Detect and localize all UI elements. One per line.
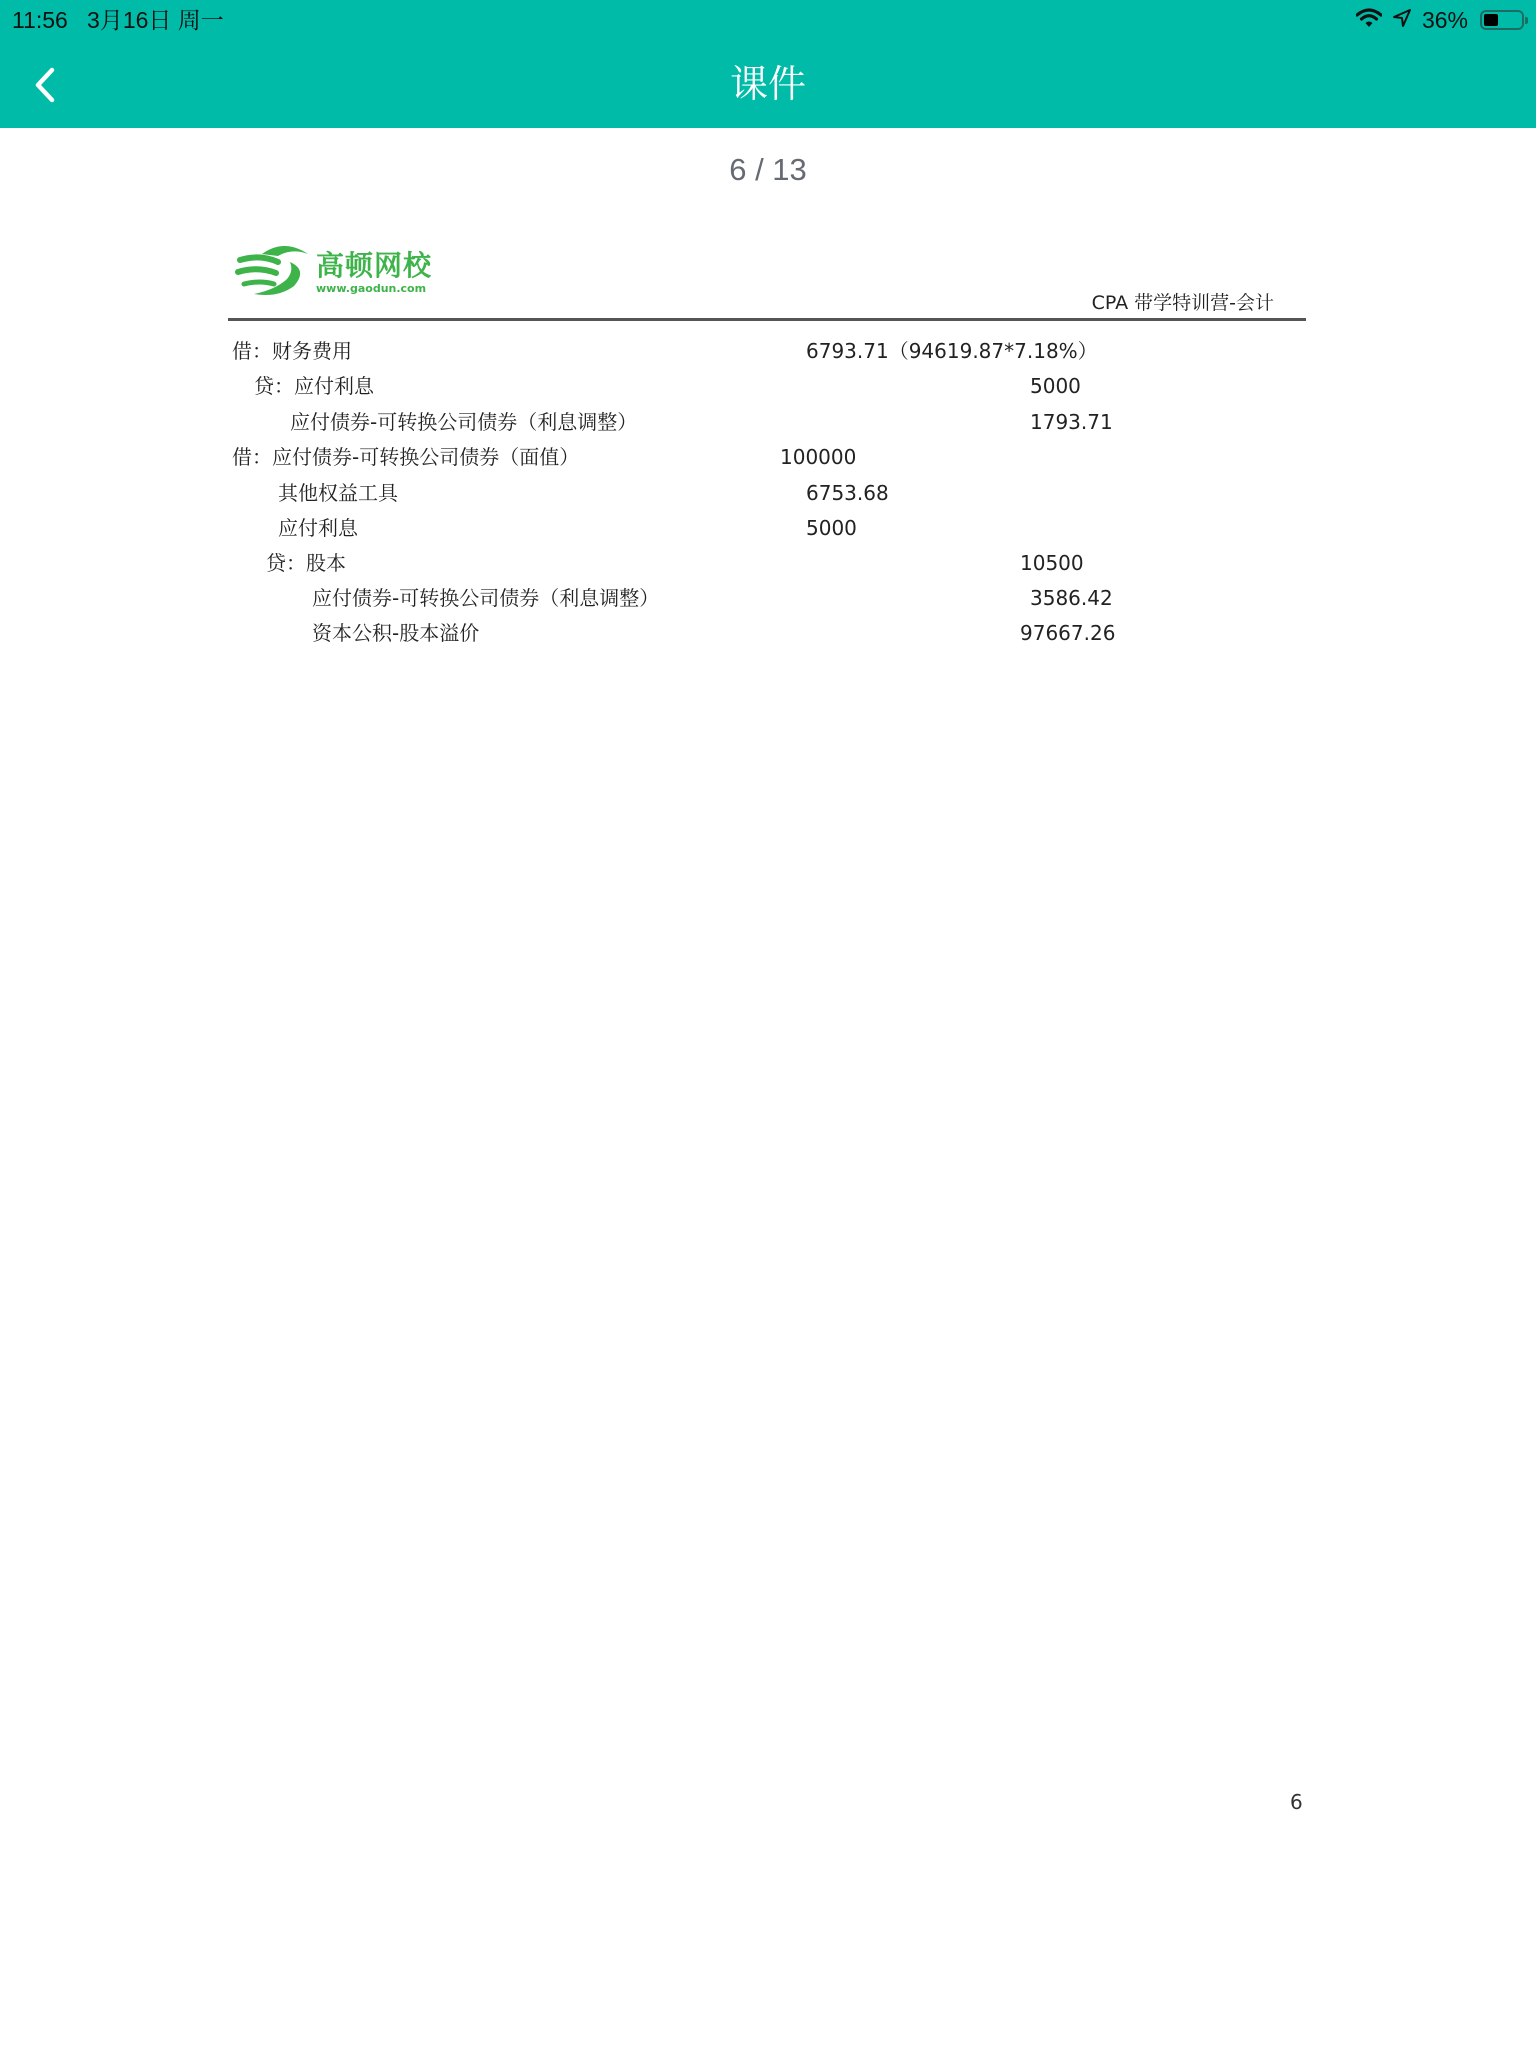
top-bar: 11:56 3月16日 周一 36% 课件 [0,0,1536,128]
course-title: CPA 带学特训营-会计 [1092,288,1274,315]
status-date: 3月16日 周一 [87,7,224,33]
page-indicator: 6 / 13 [0,148,1536,192]
entry-amount: 6793.71（94619.87*7.18%） [806,334,1098,369]
entry-amount: 97667.26 [1020,616,1115,651]
entry-row: 借：应付债券-可转换公司债券（面值） 100000 [228,440,1308,475]
entry-account: 借：财务费用 [232,334,352,369]
entry-account: 借：应付债券-可转换公司债券（面值） [232,440,579,475]
status-time: 11:56 [12,7,68,33]
wifi-icon [1356,7,1382,34]
entry-row: 贷：应付利息 5000 [228,369,1308,404]
entry-amount: 5000 [806,511,857,546]
logo-url: www.gaodun.com [316,282,432,295]
entry-row: 资本公积-股本溢价 97667.26 [228,616,1308,651]
entry-row: 其他权益工具 6753.68 [228,476,1308,511]
entry-account: 资本公积-股本溢价 [312,616,479,651]
entry-account: 应付债券-可转换公司债券（利息调整） [290,405,637,440]
header-divider [228,318,1306,321]
battery-percent: 36% [1422,7,1468,34]
slide-page[interactable]: 高顿网校 www.gaodun.com CPA 带学特训营-会计 借：财务费用 … [228,230,1308,1830]
logo-swoosh-icon [234,240,312,304]
slide-page-number: 6 [1290,1790,1303,1814]
entry-account: 应付债券-可转换公司债券（利息调整） [312,581,659,616]
page-title: 课件 [0,56,1536,112]
entry-row: 借：财务费用 6793.71（94619.87*7.18%） [228,334,1308,369]
entry-row: 应付债券-可转换公司债券（利息调整） 3586.42 [228,581,1308,616]
status-indicators: 36% [1356,4,1524,36]
entry-amount: 5000 [1030,369,1081,404]
gaodun-logo: 高顿网校 www.gaodun.com [234,240,432,304]
battery-icon [1480,10,1524,30]
entry-account: 应付利息 [278,511,358,546]
entry-row: 贷：股本 10500 [228,546,1308,581]
entry-amount: 100000 [780,440,856,475]
entry-amount: 1793.71 [1030,405,1113,440]
entry-account: 贷：股本 [266,546,346,581]
entry-amount: 10500 [1020,546,1084,581]
location-arrow-icon [1392,7,1412,34]
entry-account: 贷：应付利息 [254,369,374,404]
logo-name: 高顿网校 [316,250,432,282]
status-time-date: 11:56 3月16日 周一 [12,4,224,36]
entry-amount: 3586.42 [1030,581,1113,616]
battery-fill [1484,14,1498,26]
entry-account: 其他权益工具 [278,476,398,511]
entry-row: 应付债券-可转换公司债券（利息调整） 1793.71 [228,405,1308,440]
entry-amount: 6753.68 [806,476,889,511]
entry-row: 应付利息 5000 [228,511,1308,546]
